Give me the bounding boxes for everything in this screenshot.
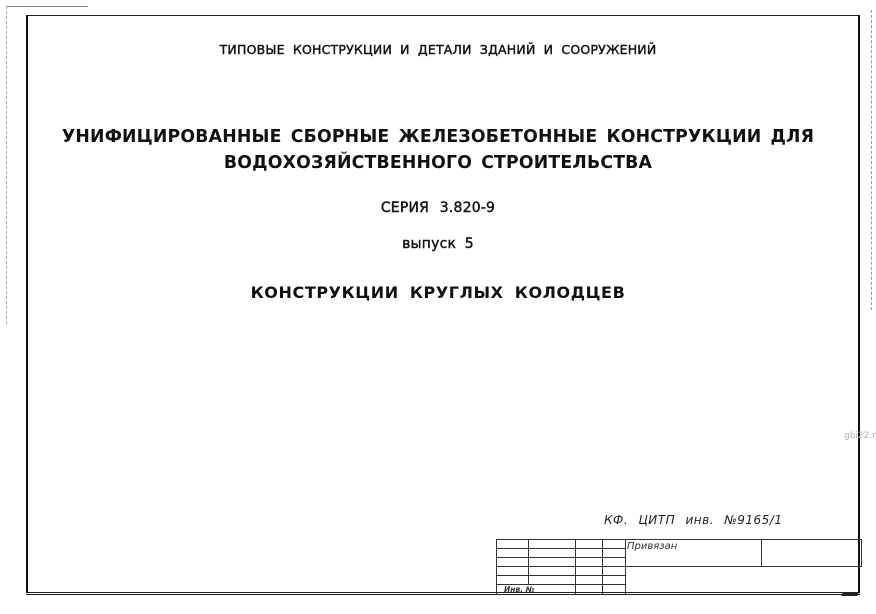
title-block-line — [496, 557, 625, 558]
title-block-line — [625, 566, 862, 567]
title-block-line — [496, 539, 497, 594]
main-title-line-1: УНИФИЦИРОВАННЫЕ СБОРНЫЕ ЖЕЛЕЗОБЕТОННЫЕ К… — [18, 126, 859, 147]
drawing-frame — [26, 15, 860, 593]
bottom-border-line — [26, 594, 860, 595]
title-block-line — [528, 539, 529, 584]
series-number: СЕРИЯ 3.820-9 — [0, 200, 876, 216]
title-block-line — [575, 539, 576, 594]
archive-stamp: КФ. ЦИТП инв. №9165/1 — [604, 513, 782, 527]
title-block-line — [861, 539, 862, 566]
bottom-border-mark — [841, 593, 859, 596]
inventory-number-label: Инв. № — [504, 585, 535, 594]
outer-frame-top-line — [6, 6, 88, 7]
title-block-line — [496, 575, 625, 576]
title-block: Привязан Инв. № — [496, 539, 862, 594]
attached-label: Привязан — [627, 541, 677, 552]
title-block-line — [761, 539, 762, 566]
title-block-line — [496, 566, 625, 567]
title-block-line — [602, 539, 603, 594]
title-block-line — [496, 548, 625, 549]
section-title: КОНСТРУКЦИИ КРУГЛЫХ КОЛОДЦЕВ — [0, 283, 876, 302]
title-block-line — [496, 539, 862, 540]
title-block-line — [625, 539, 626, 594]
series-header: ТИПОВЫЕ КОНСТРУКЦИИ И ДЕТАЛИ ЗДАНИЙ И СО… — [0, 42, 876, 57]
watermark: gbi22.ru — [844, 431, 876, 441]
main-title-line-2: ВОДОХОЗЯЙСТВЕННОГО СТРОИТЕЛЬСТВА — [18, 152, 859, 173]
issue-number: выпуск 5 — [0, 236, 876, 252]
